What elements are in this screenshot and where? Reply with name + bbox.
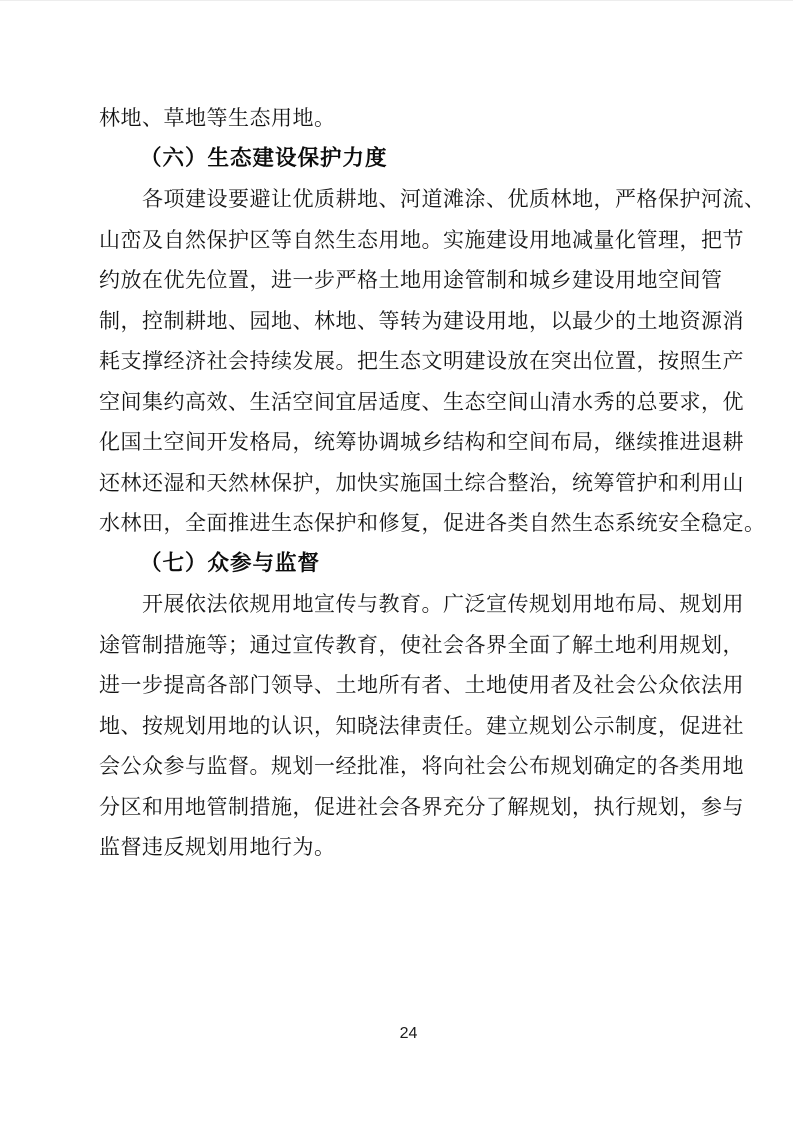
paragraph-1-line: 各项建设要避让优质耕地、河道滩涂、优质林地，严格保护河流、 — [99, 179, 682, 220]
paragraph-1-line: 约放在优先位置，进一步严格土地用途管制和城乡建设用地空间管 — [99, 260, 682, 301]
paragraph-2-line: 分区和用地管制措施，促进社会各界充分了解规划，执行规划，参与 — [99, 787, 682, 828]
paragraph-2-line: 地、按规划用地的认识，知晓法律责任。建立规划公示制度，促进社 — [99, 706, 682, 747]
paragraph-1-line: 制，控制耕地、园地、林地、等转为建设用地，以最少的土地资源消 — [99, 301, 682, 342]
paragraph-1-line: 化国土空间开发格局，统筹协调城乡结构和空间布局，继续推进退耕 — [99, 422, 682, 463]
paragraph-1-line: 耗支撑经济社会持续发展。把生态文明建设放在突出位置，按照生产 — [99, 341, 682, 382]
paragraph-1-line: 山峦及自然保护区等自然生态用地。实施建设用地减量化管理，把节 — [99, 220, 682, 261]
page-number: 24 — [400, 1025, 418, 1042]
paragraph-1-line: 空间集约高效、生活空间宜居适度、生态空间山清水秀的总要求，优 — [99, 382, 682, 423]
paragraph-2-line: 会公众参与监督。规划一经批准，将向社会公布规划确定的各类用地 — [99, 746, 682, 787]
continuation-line: 林地、草地等生态用地。 — [99, 98, 682, 139]
document-body: 林地、草地等生态用地。 （六）生态建设保护力度 各项建设要避让优质耕地、河道滩涂… — [99, 98, 682, 868]
paragraph-1-line: 水林田，全面推进生态保护和修复，促进各类自然生态系统安全稳定。 — [99, 503, 682, 544]
paragraph-2-line: 进一步提高各部门领导、土地所有者、土地使用者及社会公众依法用 — [99, 665, 682, 706]
document-page: 林地、草地等生态用地。 （六）生态建设保护力度 各项建设要避让优质耕地、河道滩涂… — [0, 0, 793, 1123]
section-heading-7: （七）众参与监督 — [99, 544, 682, 585]
paragraph-1-line: 还林还湿和天然林保护，加快实施国土综合整治，统筹管护和利用山 — [99, 463, 682, 504]
section-heading-6: （六）生态建设保护力度 — [99, 139, 682, 180]
paragraph-2-line: 途管制措施等；通过宣传教育，使社会各界全面了解土地利用规划， — [99, 625, 682, 666]
paragraph-2-line: 监督违反规划用地行为。 — [99, 827, 682, 868]
page-footer: 24 — [12, 1025, 793, 1043]
paragraph-2-line: 开展依法依规用地宣传与教育。广泛宣传规划用地布局、规划用 — [99, 584, 682, 625]
